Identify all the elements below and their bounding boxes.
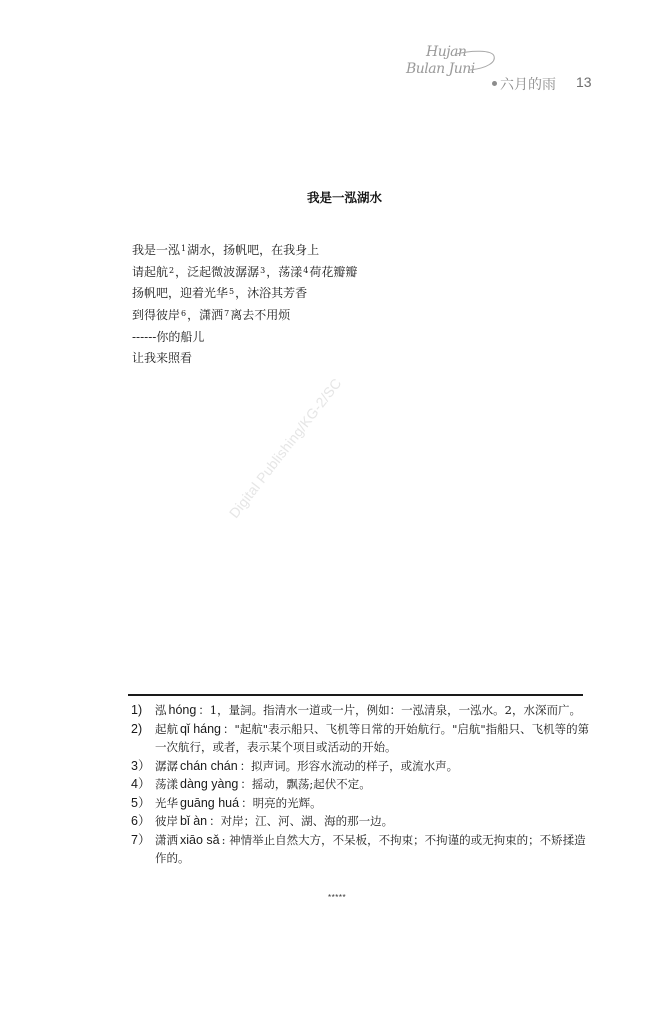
poem-text: 到得彼岸 bbox=[132, 308, 180, 322]
footnote-body: 荡漾dàng yàng：摇动，飘荡;起伏不定。 bbox=[155, 775, 591, 794]
footnote-number: 4） bbox=[131, 775, 155, 794]
footnotes-list: 1)泓hóng：1，量詞。指清水一道或一片，例如：一泓清泉，一泓水。2，水深而广… bbox=[131, 701, 591, 868]
footnote-pinyin: qǐ háng bbox=[180, 722, 221, 736]
footnote-definition: ：对岸；江、河、湖、海的那一边。 bbox=[209, 814, 393, 828]
poem-line: 扬帆吧，迎着光华5，沐浴其芳香 bbox=[132, 283, 357, 304]
footnote-number: 3） bbox=[131, 757, 155, 776]
footnote-item: 2)起航qǐ háng："起航"表示船只、飞机等日常的开始航行。"启航"指船只、… bbox=[131, 720, 591, 757]
poem-text: ------你的船儿 bbox=[132, 330, 204, 344]
footnote-marker: 3 bbox=[260, 266, 265, 275]
book-title: 六月的雨 bbox=[492, 74, 556, 94]
footnote-definition: ：明亮的光辉。 bbox=[241, 796, 322, 810]
footnote-marker: 2 bbox=[169, 266, 174, 275]
footnote-marker: 6 bbox=[181, 309, 186, 318]
watermark: Digital Publishing/KG-2/SC bbox=[226, 375, 345, 521]
running-header: Hujan Bulan Juni 六月的雨 13 bbox=[404, 44, 604, 94]
poem-text: 湖水，扬帆吧，在我身上 bbox=[187, 243, 319, 257]
poem-text: ，潇洒 bbox=[187, 308, 223, 322]
footnote-definition: ：摇动，飘荡;起伏不定。 bbox=[240, 777, 370, 791]
poem-text: 请起航 bbox=[132, 265, 168, 279]
poem-text: 我是一泓 bbox=[132, 243, 180, 257]
poem-text: 扬帆吧，迎着光华 bbox=[132, 286, 228, 300]
footnote-body: 光华guāng huá：明亮的光辉。 bbox=[155, 794, 591, 813]
bullet-icon bbox=[492, 81, 497, 86]
poem-text: 离去不用烦 bbox=[230, 308, 290, 322]
footnote-definition: ：1，量詞。指清水一道或一片，例如：一泓清泉，一泓水。2，水深而广。 bbox=[198, 703, 581, 717]
end-mark: ***** bbox=[328, 893, 346, 902]
footnote-pinyin: guāng huá bbox=[180, 796, 239, 810]
footnote-number: 5） bbox=[131, 794, 155, 813]
footnote-marker: 1 bbox=[181, 244, 186, 253]
footnote-marker: 7 bbox=[224, 309, 229, 318]
footnote-pinyin: chán chán bbox=[180, 759, 238, 773]
footnote-body: 起航qǐ háng："起航"表示船只、飞机等日常的开始航行。"启航"指船只、飞机… bbox=[155, 720, 591, 757]
footnote-term: 潇洒 bbox=[155, 833, 178, 847]
poem-line: 让我来照看 bbox=[132, 348, 357, 369]
footnote-item: 4）荡漾dàng yàng：摇动，飘荡;起伏不定。 bbox=[131, 775, 591, 794]
footnote-body: 潇洒xiāo sǎ: 神情举止自然大方，不呆板，不拘束；不拘谨的或无拘束的；不矫… bbox=[155, 831, 591, 868]
footnote-separator bbox=[128, 694, 583, 696]
footnote-pinyin: dàng yàng bbox=[180, 777, 238, 791]
book-logo: Hujan Bulan Juni bbox=[404, 44, 496, 92]
footnote-item: 1)泓hóng：1，量詞。指清水一道或一片，例如：一泓清泉，一泓水。2，水深而广… bbox=[131, 701, 591, 720]
poem-body: 我是一泓1湖水，扬帆吧，在我身上请起航2，泛起微波潺潺3，荡漾4荷花瓣瓣扬帆吧，… bbox=[132, 240, 357, 370]
footnote-term: 彼岸 bbox=[155, 814, 178, 828]
footnote-number: 1) bbox=[131, 701, 155, 720]
poem-text: ，沐浴其芳香 bbox=[235, 286, 307, 300]
footnote-marker: 5 bbox=[229, 287, 234, 296]
poem-line: 请起航2，泛起微波潺潺3，荡漾4荷花瓣瓣 bbox=[132, 262, 357, 283]
logo-swash-icon bbox=[454, 50, 498, 72]
footnote-term: 光华 bbox=[155, 796, 178, 810]
footnote-number: 6） bbox=[131, 812, 155, 831]
poem-text: ，泛起微波潺潺 bbox=[175, 265, 259, 279]
footnote-body: 泓hóng：1，量詞。指清水一道或一片，例如：一泓清泉，一泓水。2，水深而广。 bbox=[155, 701, 591, 720]
poem-line: 我是一泓1湖水，扬帆吧，在我身上 bbox=[132, 240, 357, 261]
footnote-item: 5）光华guāng huá：明亮的光辉。 bbox=[131, 794, 591, 813]
footnote-body: 彼岸bǐ àn：对岸；江、河、湖、海的那一边。 bbox=[155, 812, 591, 831]
poem-text: ，荡漾 bbox=[266, 265, 302, 279]
footnote-pinyin: bǐ àn bbox=[180, 814, 207, 828]
poem-text: 荷花瓣瓣 bbox=[309, 265, 357, 279]
poem-line: ------你的船儿 bbox=[132, 327, 357, 348]
page-number: 13 bbox=[576, 74, 592, 90]
footnote-definition: ：拟声词。形容水流动的样子，或流水声。 bbox=[240, 759, 459, 773]
poem-title: 我是一泓湖水 bbox=[0, 188, 661, 206]
footnote-pinyin: xiāo sǎ bbox=[180, 833, 220, 847]
footnote-pinyin: hóng bbox=[169, 703, 197, 717]
footnote-item: 3）潺潺chán chán：拟声词。形容水流动的样子，或流水声。 bbox=[131, 757, 591, 776]
poem-line: 到得彼岸6，潇洒7离去不用烦 bbox=[132, 305, 357, 326]
footnote-number: 2) bbox=[131, 720, 155, 757]
footnote-term: 潺潺 bbox=[155, 759, 178, 773]
footnote-body: 潺潺chán chán：拟声词。形容水流动的样子，或流水声。 bbox=[155, 757, 591, 776]
footnote-marker: 4 bbox=[303, 266, 308, 275]
poem-text: 让我来照看 bbox=[132, 351, 192, 365]
footnote-number: 7） bbox=[131, 831, 155, 868]
footnote-term: 起航 bbox=[155, 722, 178, 736]
footnote-item: 6）彼岸bǐ àn：对岸；江、河、湖、海的那一边。 bbox=[131, 812, 591, 831]
book-title-text: 六月的雨 bbox=[500, 77, 556, 93]
footnote-item: 7）潇洒xiāo sǎ: 神情举止自然大方，不呆板，不拘束；不拘谨的或无拘束的；… bbox=[131, 831, 591, 868]
footnote-term: 泓 bbox=[155, 703, 167, 717]
footnote-term: 荡漾 bbox=[155, 777, 178, 791]
